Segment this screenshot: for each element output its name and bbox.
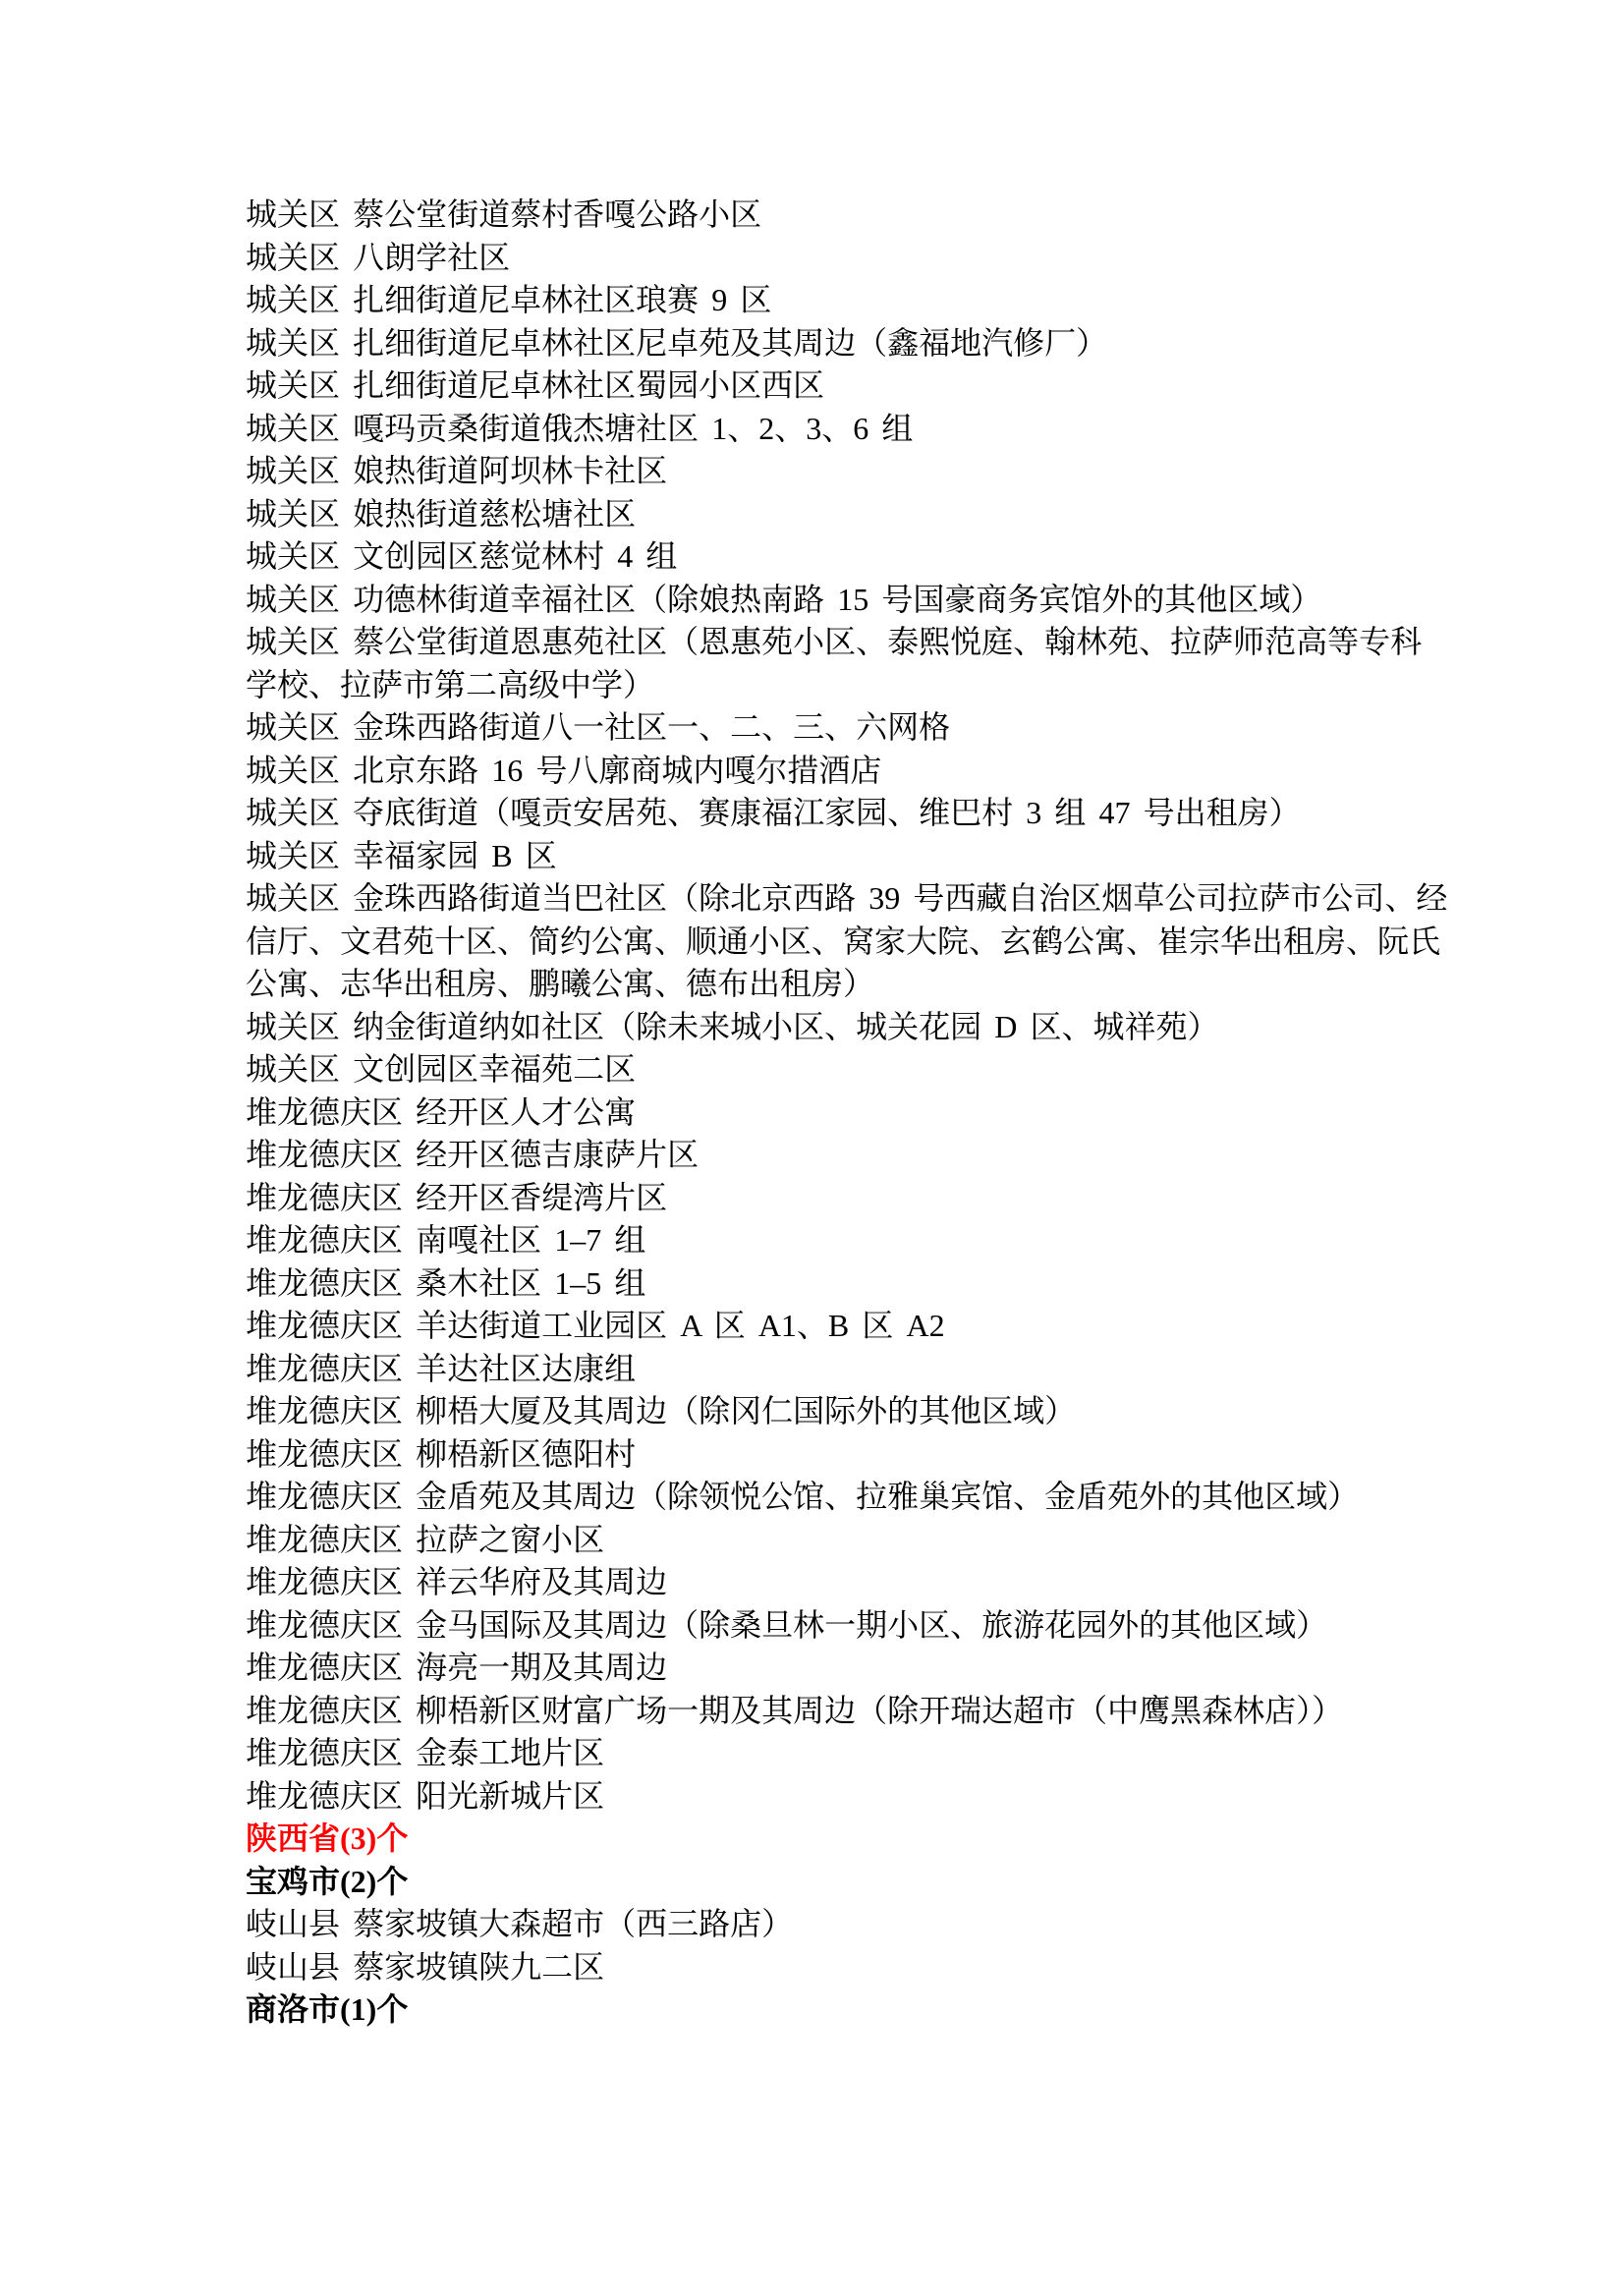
document-line: 堆龙德庆区 祥云华府及其周边 [246, 1561, 1506, 1604]
document-line: 堆龙德庆区 经开区香缇湾片区 [246, 1177, 1506, 1220]
document-line: 城关区 文创园区慈觉林村 4 组 [246, 535, 1506, 579]
document-line: 城关区 娘热街道慈松塘社区 [246, 493, 1506, 536]
city-header-line: 宝鸡市(2)个 [246, 1861, 1506, 1904]
document-line: 城关区 八朗学社区 [246, 237, 1506, 280]
document-line: 堆龙德庆区 金马国际及其周边（除桑旦林一期小区、旅游花园外的其他区域） [246, 1604, 1506, 1648]
document-line: 城关区 金珠西路街道八一社区一、二、三、六网格 [246, 706, 1506, 750]
document-line: 堆龙德庆区 拉萨之窗小区 [246, 1519, 1506, 1562]
document-line: 城关区 金珠西路街道当巴社区（除北京西路 39 号西藏自治区烟草公司拉萨市公司、… [246, 877, 1506, 921]
document-line: 城关区 嘎玛贡桑街道俄杰塘社区 1、2、3、6 组 [246, 408, 1506, 451]
document-line: 城关区 功德林街道幸福社区（除娘热南路 15 号国豪商务宾馆外的其他区域） [246, 579, 1506, 622]
document-line: 城关区 扎细街道尼卓林社区蜀园小区西区 [246, 364, 1506, 408]
document-line: 岐山县 蔡家坡镇大森超市（西三路店） [246, 1903, 1506, 1946]
document-line: 堆龙德庆区 经开区德吉康萨片区 [246, 1134, 1506, 1177]
document-line: 公寓、志华出租房、鹏曦公寓、德布出租房） [246, 963, 1506, 1006]
document-line: 学校、拉萨市第二高级中学） [246, 664, 1506, 707]
document-line: 城关区 蔡公堂街道蔡村香嘎公路小区 [246, 194, 1506, 237]
document-line: 堆龙德庆区 阳光新城片区 [246, 1775, 1506, 1819]
document-line: 堆龙德庆区 柳梧新区财富广场一期及其周边（除开瑞达超市（中鹰黑森林店）） [246, 1690, 1506, 1733]
document-line: 城关区 娘热街道阿坝林卡社区 [246, 450, 1506, 493]
document-line: 城关区 蔡公堂街道恩惠苑社区（恩惠苑小区、泰熙悦庭、翰林苑、拉萨师范高等专科 [246, 621, 1506, 664]
document-line: 堆龙德庆区 羊达街道工业园区 A 区 A1、B 区 A2 [246, 1305, 1506, 1348]
document-line: 堆龙德庆区 金盾苑及其周边（除领悦公馆、拉雅巢宾馆、金盾苑外的其他区域） [246, 1476, 1506, 1519]
document-line: 城关区 纳金街道纳如社区（除未来城小区、城关花园 D 区、城祥苑） [246, 1006, 1506, 1049]
document-line: 城关区 扎细街道尼卓林社区尼卓苑及其周边（鑫福地汽修厂） [246, 322, 1506, 365]
document-page: 城关区 蔡公堂街道蔡村香嘎公路小区城关区 八朗学社区城关区 扎细街道尼卓林社区琅… [0, 0, 1624, 2295]
document-line: 城关区 幸福家园 B 区 [246, 835, 1506, 878]
document-line: 堆龙德庆区 海亮一期及其周边 [246, 1647, 1506, 1690]
document-body: 城关区 蔡公堂街道蔡村香嘎公路小区城关区 八朗学社区城关区 扎细街道尼卓林社区琅… [246, 194, 1506, 2032]
province-header-line: 陕西省(3)个 [246, 1818, 1506, 1861]
document-line: 堆龙德庆区 桑木社区 1–5 组 [246, 1262, 1506, 1306]
document-line: 堆龙德庆区 南嘎社区 1–7 组 [246, 1219, 1506, 1262]
document-line: 堆龙德庆区 金泰工地片区 [246, 1732, 1506, 1775]
document-line: 城关区 北京东路 16 号八廓商城内嘎尔措酒店 [246, 750, 1506, 793]
document-line: 城关区 扎细街道尼卓林社区琅赛 9 区 [246, 279, 1506, 322]
document-line: 信厅、文君苑十区、简约公寓、顺通小区、窝家大院、玄鹤公寓、崔宗华出租房、阮氏 [246, 921, 1506, 964]
city-header-line: 商洛市(1)个 [246, 1988, 1506, 2032]
document-line: 堆龙德庆区 羊达社区达康组 [246, 1348, 1506, 1391]
document-line: 岐山县 蔡家坡镇陕九二区 [246, 1946, 1506, 1989]
document-line: 堆龙德庆区 经开区人才公寓 [246, 1092, 1506, 1135]
document-line: 城关区 文创园区幸福苑二区 [246, 1048, 1506, 1092]
document-line: 堆龙德庆区 柳梧新区德阳村 [246, 1433, 1506, 1477]
document-line: 城关区 夺底街道（嘎贡安居苑、赛康福江家园、维巴村 3 组 47 号出租房） [246, 792, 1506, 835]
document-line: 堆龙德庆区 柳梧大厦及其周边（除冈仁国际外的其他区域） [246, 1390, 1506, 1433]
